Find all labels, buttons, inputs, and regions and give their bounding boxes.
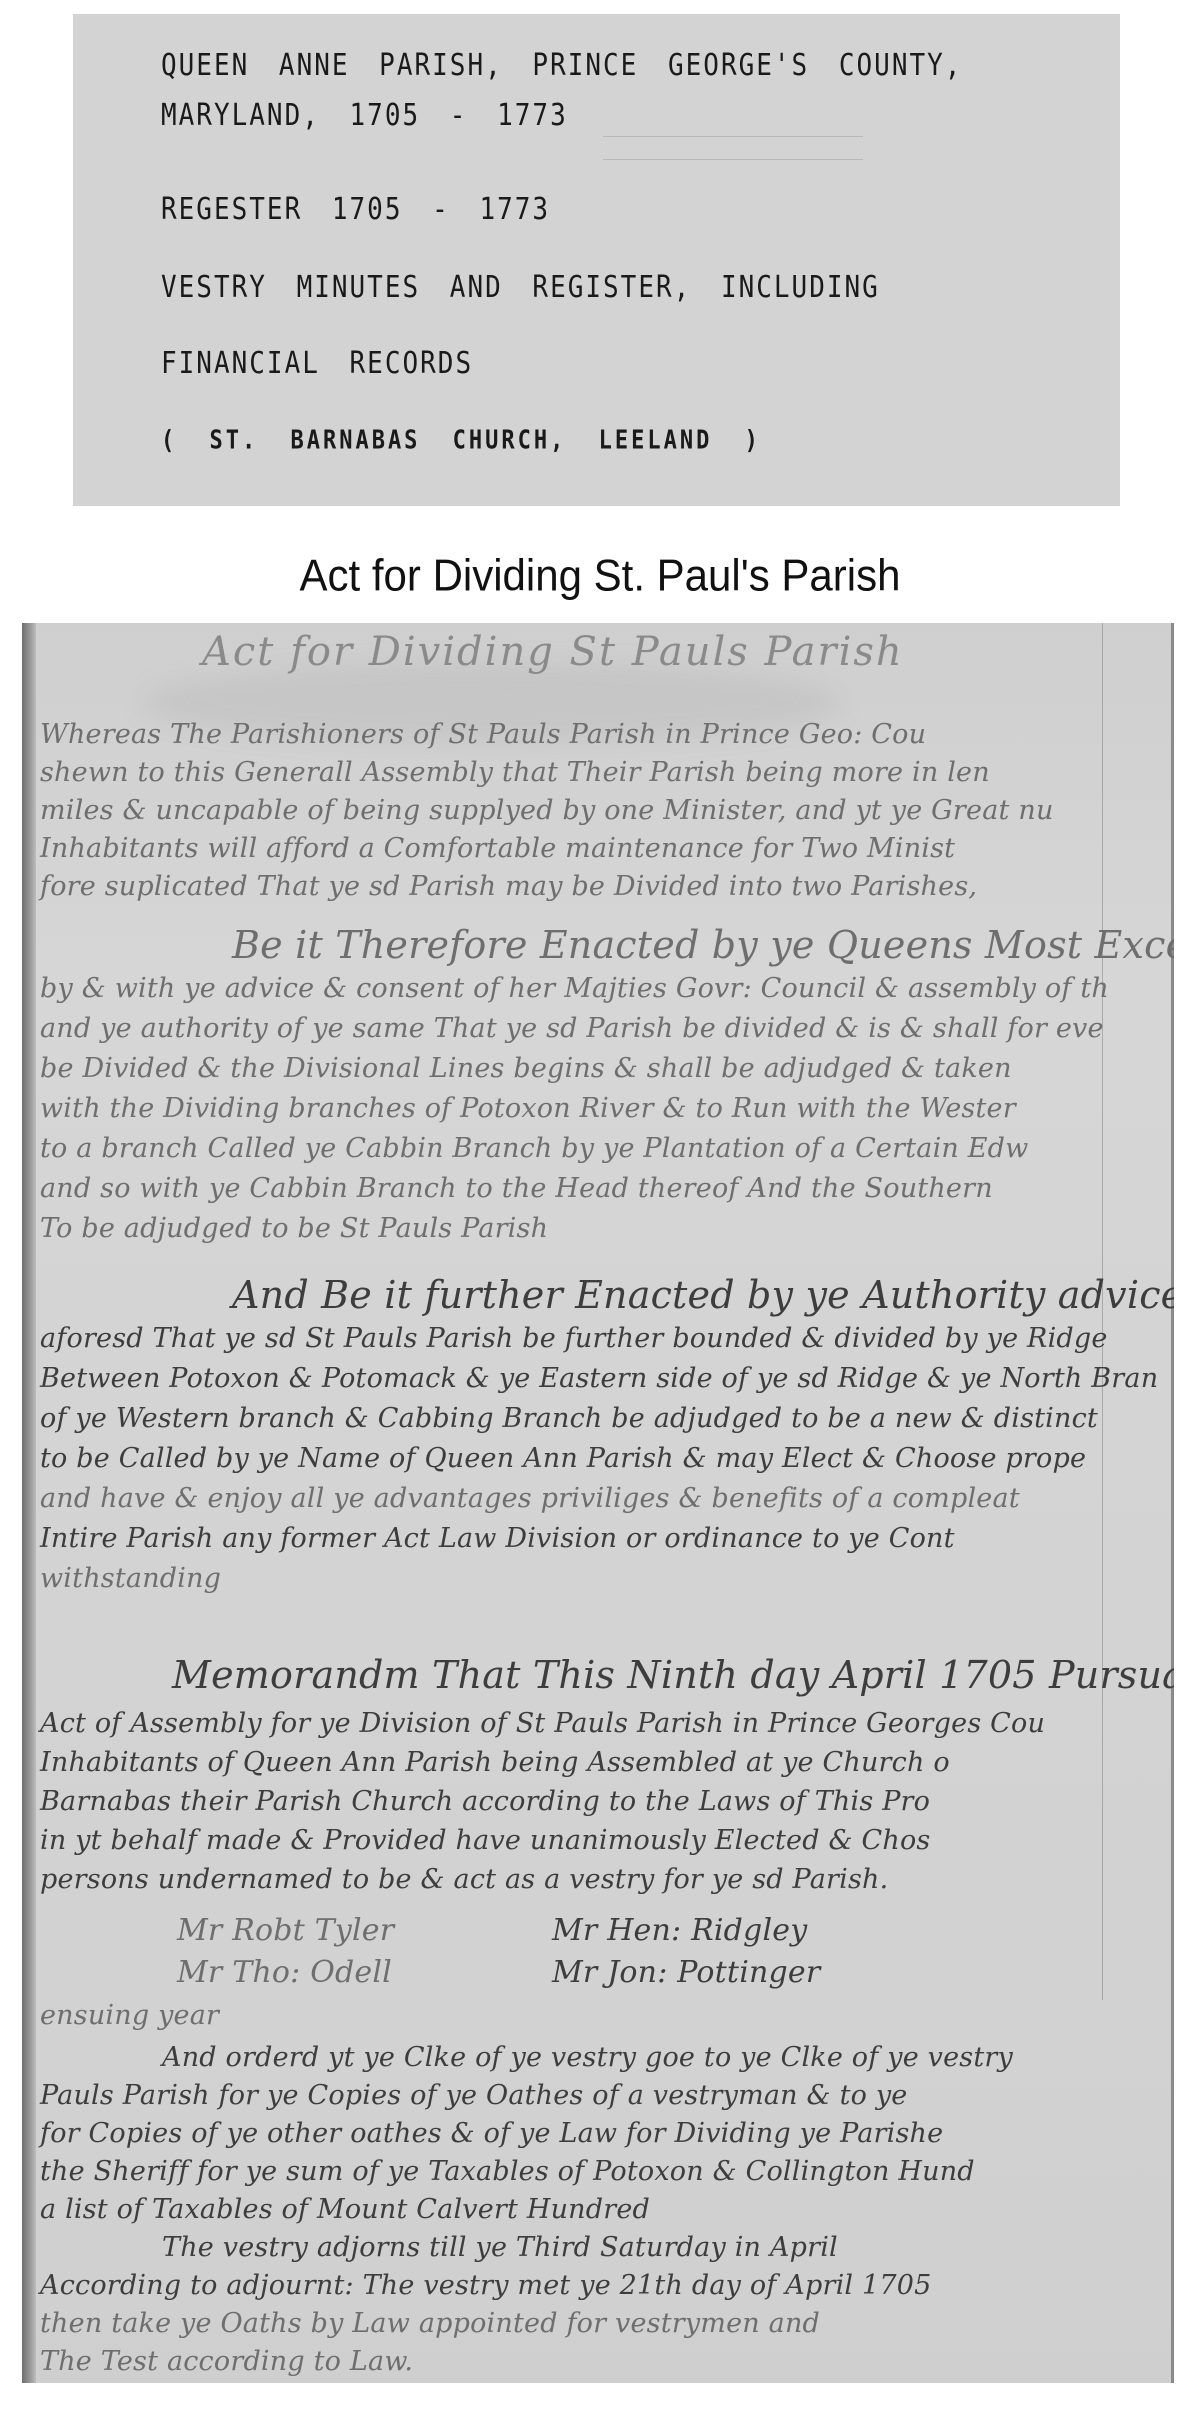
enactment-line: Intire Parish any former Act Law Divisio… xyxy=(40,1523,955,1554)
page-edge xyxy=(1171,2000,1174,2383)
adjournment-line: The Test according to Law. xyxy=(40,2346,413,2377)
archive-header-card: QUEEN ANNE PARISH, PRINCE GEORGE'S COUNT… xyxy=(73,14,1120,506)
adjournment-line: then take ye Oaths by Law appointed for … xyxy=(40,2308,820,2339)
header-divider xyxy=(603,159,863,160)
orders-line: Pauls Parish for ye Copies of ye Oathes … xyxy=(40,2080,908,2111)
memorandum-line: Act of Assembly for ye Division of St Pa… xyxy=(40,1708,1045,1739)
enactment-line: to a branch Called ye Cabbin Branch by y… xyxy=(40,1133,1028,1164)
vestryman-name: Mr Robt Tyler xyxy=(177,1913,394,1948)
enactment-line: And Be it further Enacted by ye Authorit… xyxy=(232,1273,1174,1317)
preamble-line: miles & uncapable of being supplyed by o… xyxy=(40,795,1054,826)
manuscript-scan-lower: ensuing year And orderd yt ye Clke of ye… xyxy=(22,2000,1174,2383)
header-line-financial: FINANCIAL RECORDS xyxy=(161,346,473,381)
header-line-state-dates: MARYLAND, 1705 - 1773 xyxy=(161,98,568,133)
memorandum-line: Inhabitants of Queen Ann Parish being As… xyxy=(40,1747,950,1778)
enactment-line: by & with ye advice & consent of her Maj… xyxy=(40,973,1109,1004)
orders-line: And orderd yt ye Clke of ye vestry goe t… xyxy=(162,2042,1013,2073)
header-line-register: REGESTER 1705 - 1773 xyxy=(161,192,550,227)
orders-line: a list of Taxables of Mount Calvert Hund… xyxy=(40,2194,650,2225)
orders-line: the Sheriff for ye sum of ye Taxables of… xyxy=(40,2156,975,2187)
preamble-line: Whereas The Parishioners of St Pauls Par… xyxy=(40,719,926,750)
enactment-line: be Divided & the Divisional Lines begins… xyxy=(40,1053,1012,1084)
memorandum-line: Barnabas their Parish Church according t… xyxy=(40,1786,930,1817)
vestryman-name: Mr Tho: Odell xyxy=(177,1955,392,1990)
binding-edge xyxy=(22,2000,36,2383)
orders-line: for Copies of ye other oathes & of ye La… xyxy=(40,2118,943,2149)
header-line-parish: QUEEN ANNE PARISH, PRINCE GEORGE'S COUNT… xyxy=(161,48,962,83)
adjournment-line: The vestry adjorns till ye Third Saturda… xyxy=(162,2232,838,2263)
preamble-line: Inhabitants will afford a Comfortable ma… xyxy=(40,833,955,864)
enactment-line: Between Potoxon & Potomack & ye Eastern … xyxy=(40,1363,1158,1394)
enactment-line: and so with ye Cabbin Branch to the Head… xyxy=(40,1173,993,1204)
header-divider xyxy=(603,136,863,137)
header-line-church: ( ST. BARNABAS CHURCH, LEELAND ) xyxy=(161,426,761,456)
memorandum-line: Memorandm That This Ninth day April 1705… xyxy=(172,1653,1174,1697)
preamble-line: fore suplicated That ye sd Parish may be… xyxy=(40,871,977,902)
enactment-line: withstanding xyxy=(40,1563,221,1594)
adjournment-line: According to adjournt: The vestry met ye… xyxy=(40,2270,932,2301)
enactment-line: To be adjudged to be St Pauls Parish xyxy=(40,1213,548,1244)
vestryman-name: Mr Jon: Pottinger xyxy=(552,1955,820,1990)
enactment-line: and have & enjoy all ye advantages privi… xyxy=(40,1483,1020,1514)
page-title: Act for Dividing St. Paul's Parish xyxy=(0,551,1200,601)
enactment-line: with the Dividing branches of Potoxon Ri… xyxy=(40,1093,1016,1124)
vestryman-name: Mr Hen: Ridgley xyxy=(552,1913,807,1948)
enactment-line: to be Called by ye Name of Queen Ann Par… xyxy=(40,1443,1086,1474)
churchwardens-line: ensuing year xyxy=(40,2000,219,2031)
header-line-vestry: VESTRY MINUTES AND REGISTER, INCLUDING xyxy=(161,270,880,305)
preamble-line: shewn to this Generall Assembly that The… xyxy=(40,757,990,788)
enactment-line: Be it Therefore Enacted by ye Queens Mos… xyxy=(232,923,1174,967)
manuscript-heading: Act for Dividing St Pauls Parish xyxy=(202,629,904,675)
memorandum-line: persons undernamed to be & act as a vest… xyxy=(40,1864,888,1895)
enactment-line: of ye Western branch & Cabbing Branch be… xyxy=(40,1403,1098,1434)
enactment-line: and ye authority of ye same That ye sd P… xyxy=(40,1013,1104,1044)
enactment-line: aforesd That ye sd St Pauls Parish be fu… xyxy=(40,1323,1108,1354)
memorandum-line: in yt behalf made & Provided have unanim… xyxy=(40,1825,930,1856)
